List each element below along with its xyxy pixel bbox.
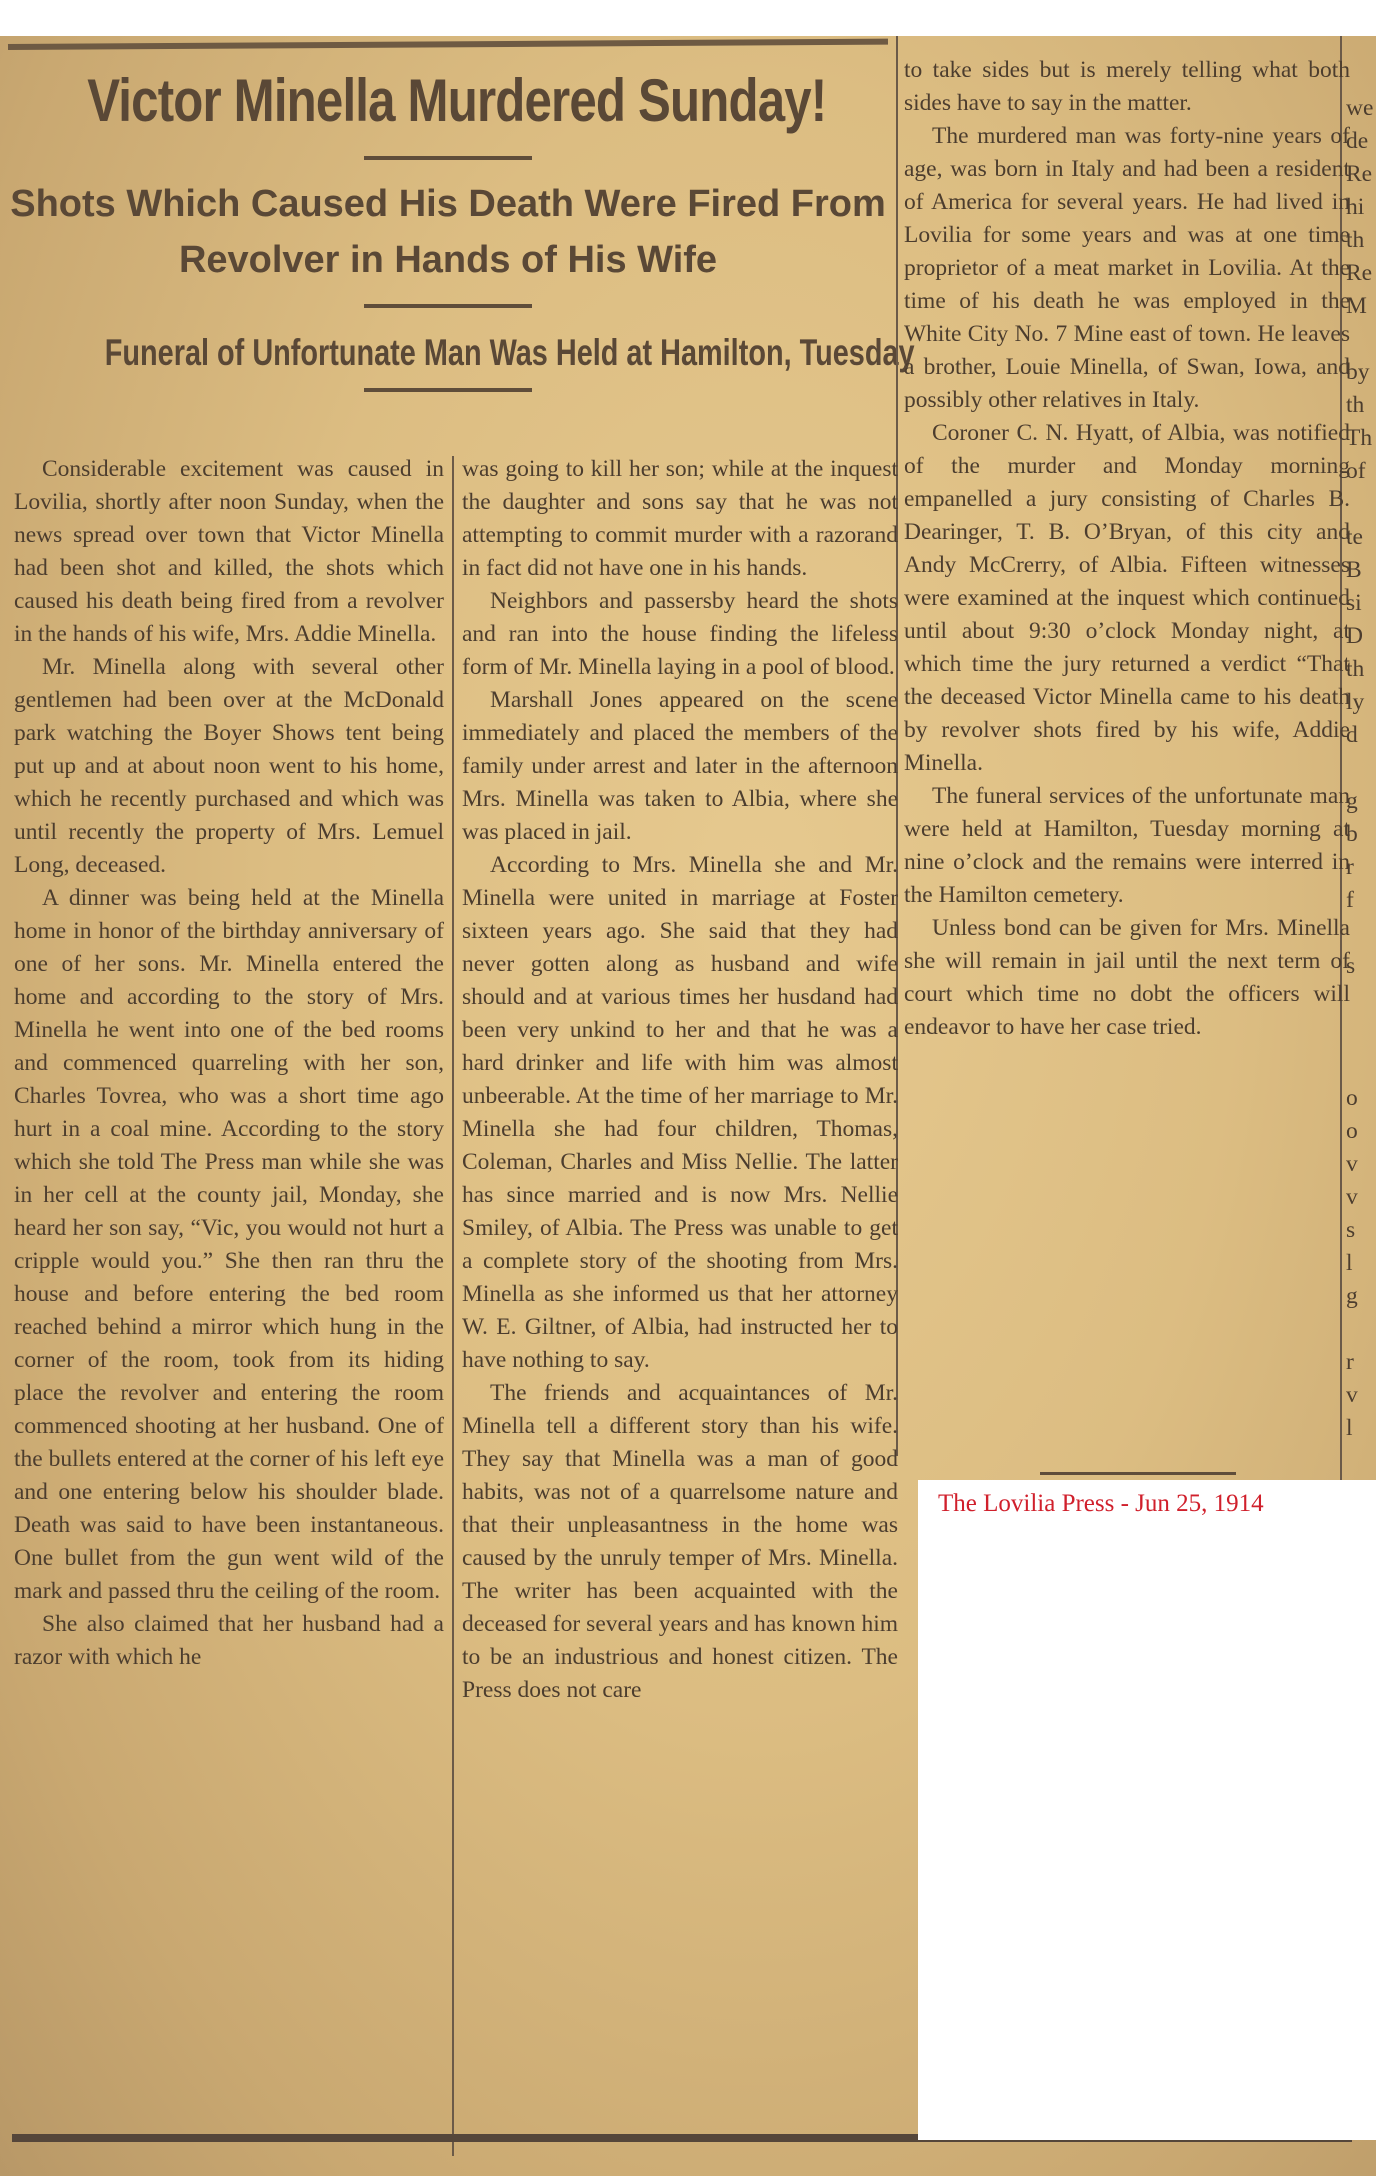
caption-panel xyxy=(918,1480,1376,2140)
paragraph: The friends and acquaintances of Mr. Min… xyxy=(462,1377,898,1707)
article-column-1: Considerable excitement was caused in Lo… xyxy=(14,453,444,1674)
paragraph: Marshall Jones appeared on the scene imm… xyxy=(462,684,898,849)
paragraph: A dinner was being held at the Minella h… xyxy=(14,882,444,1608)
fragment-line: Re xyxy=(1346,257,1376,290)
headline: Victor Minella Murdered Sunday! xyxy=(87,62,809,140)
paragraph: The murdered man was forty-nine years of… xyxy=(904,120,1350,417)
fragment-line: M xyxy=(1346,290,1376,323)
fragment-line: o xyxy=(1346,1115,1376,1148)
article-column-2: was going to kill her son; while at the … xyxy=(462,453,898,1707)
fragment-line xyxy=(1346,752,1376,785)
fragment-line: si xyxy=(1346,587,1376,620)
fragment-line: g xyxy=(1346,785,1376,818)
fragment-line: th xyxy=(1346,653,1376,686)
fragment-line: b xyxy=(1346,818,1376,851)
fragment-line xyxy=(1346,917,1376,950)
fragment-line: v xyxy=(1346,1148,1376,1181)
fragment-line xyxy=(1346,1016,1376,1049)
fragment-line: l xyxy=(1346,1412,1376,1445)
fragment-line: of xyxy=(1346,455,1376,488)
paragraph: The funeral services of the unfortunate … xyxy=(904,780,1350,912)
fragment-line: te xyxy=(1346,521,1376,554)
page-top-margin xyxy=(0,0,1376,36)
fragment-line: s xyxy=(1346,950,1376,983)
fragment-line: g xyxy=(1346,1280,1376,1313)
fragment-line: l xyxy=(1346,1247,1376,1280)
fragment-line xyxy=(1346,1313,1376,1346)
fragment-line: Re xyxy=(1346,158,1376,191)
fragment-line xyxy=(1346,1049,1376,1082)
paragraph: Mr. Minella along with several other gen… xyxy=(14,651,444,882)
divider-rule xyxy=(364,304,532,308)
fragment-line: s xyxy=(1346,1214,1376,1247)
paragraph: She also claimed that her husband had a … xyxy=(14,1608,444,1674)
paragraph: According to Mrs. Minella she and Mr. Mi… xyxy=(462,849,898,1377)
paragraph: was going to kill her son; while at the … xyxy=(462,453,898,585)
fragment-line: by xyxy=(1346,356,1376,389)
fragment-line: D xyxy=(1346,620,1376,653)
fragment-line xyxy=(1346,488,1376,521)
fragment-line: d xyxy=(1346,719,1376,752)
divider-rule xyxy=(364,156,532,160)
fragment-line xyxy=(1346,323,1376,356)
paragraph: Unless bond can be given for Mrs. Minell… xyxy=(904,912,1350,1044)
article-column-3: to take sides but is merely telling what… xyxy=(904,54,1350,1044)
fragment-line: v xyxy=(1346,1379,1376,1412)
fragment-line: ly xyxy=(1346,686,1376,719)
headline-block: Victor Minella Murdered Sunday! Shots Wh… xyxy=(8,56,888,408)
fragment-line: de xyxy=(1346,125,1376,158)
source-caption: The Lovilia Press - Jun 25, 1914 xyxy=(938,1490,1264,1518)
fragment-line: f xyxy=(1346,884,1376,917)
paragraph: to take sides but is merely telling what… xyxy=(904,54,1350,120)
fragment-line xyxy=(1346,983,1376,1016)
fragment-line: hi xyxy=(1346,191,1376,224)
fragment-line: B xyxy=(1346,554,1376,587)
fragment-line: Th xyxy=(1346,422,1376,455)
article-end-rule xyxy=(1040,1472,1236,1475)
fragment-line: th xyxy=(1346,224,1376,257)
fragment-line: r xyxy=(1346,851,1376,884)
fragment-line: o xyxy=(1346,1082,1376,1115)
fragment-line: r xyxy=(1346,1346,1376,1379)
paragraph: Neighbors and passersby heard the shots … xyxy=(462,585,898,684)
adjacent-article-fragment: wedeRehithReM bythThof teBsiDthlyd gbrf … xyxy=(1346,92,1376,1445)
subheadline: Shots Which Caused His Death Were Fired … xyxy=(8,176,888,288)
paragraph: Considerable excitement was caused in Lo… xyxy=(14,453,444,651)
fragment-line: th xyxy=(1346,389,1376,422)
divider-rule xyxy=(364,388,532,392)
paragraph: Coroner C. N. Hyatt, of Albia, was notif… xyxy=(904,417,1350,780)
column-rule xyxy=(452,456,454,2156)
fragment-line: we xyxy=(1346,92,1376,125)
top-rule xyxy=(8,39,888,50)
fragment-line: v xyxy=(1346,1181,1376,1214)
deck-headline: Funeral of Unfortunate Man Was Held at H… xyxy=(105,324,791,382)
